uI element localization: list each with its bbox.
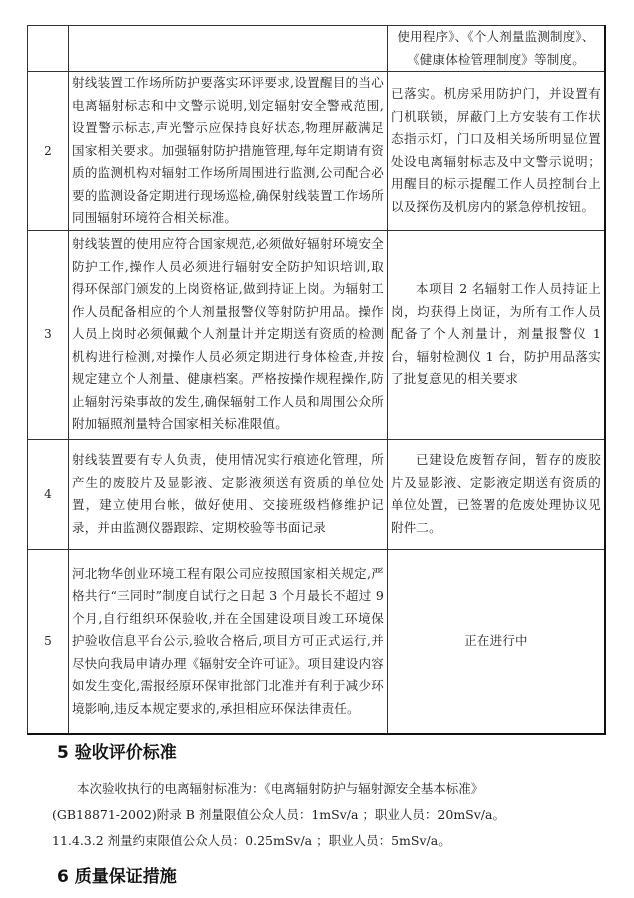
- table-row: 3 射线装置的使用应符合国家规范,必须做好辐射环境安全防护工作,操作人员必须进行…: [28, 230, 606, 439]
- result-cell: 使用程序》、《个人剂量监测制度》、《健康体检管理制度》等制度。: [388, 26, 606, 72]
- row-number: 2: [28, 72, 69, 231]
- result-cell: 已建设危废暂存间，暂存的废胶片及显影液、定影液定期送有资质的单位处置，已签署的危…: [388, 439, 606, 549]
- table-row: 使用程序》、《个人剂量监测制度》、《健康体检管理制度》等制度。: [28, 26, 606, 72]
- table-row: 5 河北物华创业环境工程有限公司应按照国家相关规定,严格共行“三同时”制度自试行…: [28, 549, 606, 734]
- requirement-cell: 射线装置工作场所防护要落实环评要求,设置醒目的当心电离辐射标志和中文警示说明,划…: [69, 72, 388, 231]
- section-heading-acceptance-criteria: 5 验收评价标准: [57, 738, 177, 763]
- requirement-cell: 河北物华创业环境工程有限公司应按照国家相关规定,严格共行“三同时”制度自试行之日…: [69, 549, 388, 734]
- row-number: 5: [28, 549, 69, 734]
- paragraph: 本次验收执行的电离辐射标准为：《电离辐射防护与辐射源安全基本标准》: [52, 776, 592, 802]
- paragraph: 11.4.3.2 剂量约束限值公众人员：0.25mSv/a ；职业人员：5mSv…: [52, 828, 592, 854]
- requirement-cell: 射线装置要有专人负责，使用情况实行痕迹化管理，所产生的废胶片及显影液、定影液须送…: [69, 439, 388, 549]
- row-number: [28, 26, 69, 72]
- compliance-table: 使用程序》、《个人剂量监测制度》、《健康体检管理制度》等制度。 2 射线装置工作…: [27, 25, 606, 735]
- table-row: 2 射线装置工作场所防护要落实环评要求,设置醒目的当心电离辐射标志和中文警示说明…: [28, 72, 606, 231]
- requirement-cell: [69, 26, 388, 72]
- row-number: 4: [28, 439, 69, 549]
- requirement-cell: 射线装置的使用应符合国家规范,必须做好辐射环境安全防护工作,操作人员必须进行辐射…: [69, 230, 388, 439]
- paragraph: (GB18871-2002)附录 B 剂量限值公众人员：1mSv/a ；职业人员…: [52, 802, 592, 828]
- section-heading-quality-assurance: 6 质量保证措施: [57, 862, 177, 887]
- row-number: 3: [28, 230, 69, 439]
- table-row: 4 射线装置要有专人负责，使用情况实行痕迹化管理，所产生的废胶片及显影液、定影液…: [28, 439, 606, 549]
- result-cell: 已落实。机房采用防护门，并设置有门机联锁，屏蔽门上方安装有工作状态指示灯，门口及…: [388, 72, 606, 231]
- result-cell: 本项目 2 名辐射工作人员持证上岗，均获得上岗证，为所有工作人员配备了个人剂量计…: [388, 230, 606, 439]
- result-cell: 正在进行中: [388, 549, 606, 734]
